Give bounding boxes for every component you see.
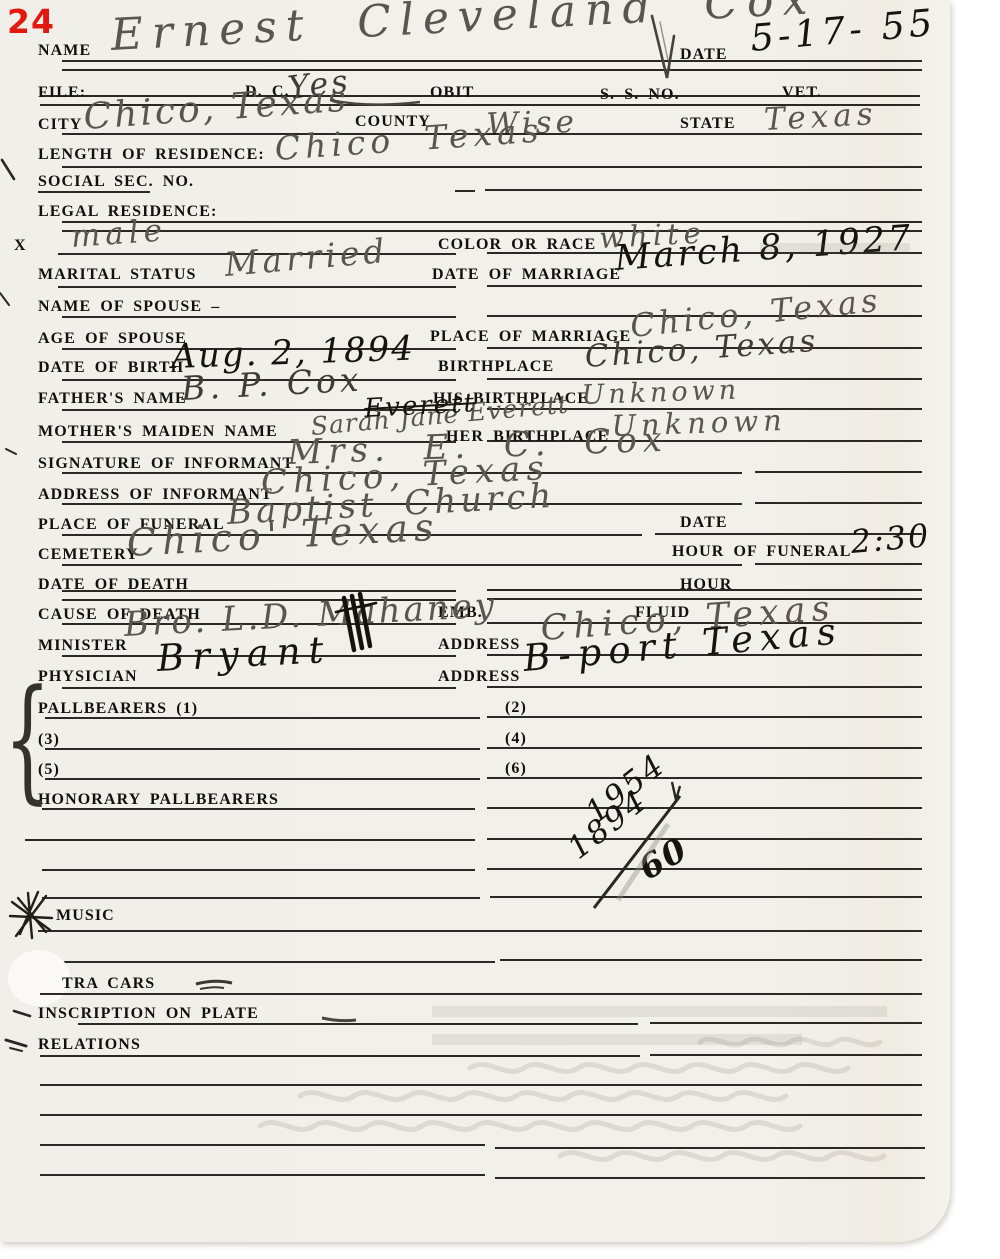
rule-line (495, 1177, 925, 1179)
rule-line (755, 563, 922, 565)
rule-line (487, 747, 922, 749)
rule-line (42, 897, 480, 899)
rule-line (40, 1174, 485, 1176)
rule-line (42, 869, 475, 871)
field-label-extra-cars: TRA CARS (62, 975, 155, 993)
field-label-pallbearers-2: (2) (505, 699, 527, 717)
rule-line (62, 564, 742, 566)
state-value-handwriting: Texas (763, 99, 878, 136)
hole-punch-blob (8, 950, 70, 1006)
rule-line (40, 1144, 485, 1146)
field-label-pallbearers-4: (4) (505, 730, 527, 748)
field-label-mothers-maiden-name: MOTHER'S MAIDEN NAME (38, 423, 278, 441)
rule-line (45, 748, 480, 750)
marital-status-value-handwriting: Married (223, 234, 389, 281)
rule-line (45, 717, 480, 719)
field-label-minister-address: ADDRESS (438, 636, 520, 654)
field-label-cemetery: CEMETERY (38, 546, 139, 564)
field-label-signature-of-informant: SIGNATURE OF INFORMANT (38, 455, 294, 473)
rule-line (650, 1022, 922, 1024)
bleed-through-marks (260, 1039, 884, 1159)
rule-line (40, 1114, 922, 1116)
field-label-minister: MINISTER (38, 637, 128, 655)
rule-line (40, 1055, 640, 1057)
rule-line (62, 687, 456, 689)
field-label-pallbearers-6: (6) (505, 760, 527, 778)
rule-line (487, 838, 922, 840)
field-label-marital-status: MARITAL STATUS (38, 266, 197, 284)
rule-line (40, 993, 922, 995)
funeral-record-card: 24 NAME Ernest Cleveland Cox DATE 5-17- … (0, 0, 950, 1242)
rule-line (487, 686, 922, 688)
field-label-fathers-name: FATHER'S NAME (38, 390, 187, 408)
rule-line (62, 166, 922, 168)
rule-line (455, 190, 475, 192)
rule-line (62, 60, 922, 71)
rule-line (487, 807, 922, 809)
rule-line (650, 1054, 922, 1056)
rule-line (487, 868, 922, 870)
field-label-state: STATE (680, 115, 736, 133)
field-label-inscription-on-plate: INSCRIPTION ON PLATE (38, 1005, 259, 1023)
field-label-music: MUSIC (56, 907, 115, 925)
dash-after-cars (196, 981, 232, 989)
field-label-physician: PHYSICIAN (38, 668, 138, 686)
rule-line (45, 778, 480, 780)
rule-line (58, 286, 456, 288)
dash-after-plate (322, 1018, 356, 1021)
rule-line (25, 961, 495, 963)
sex-value-handwriting: male (70, 215, 168, 253)
field-label-social-sec-no: SOCIAL SEC. NO. (38, 173, 194, 191)
mothers-maiden-name-overwrite-handwriting: Everett (364, 390, 477, 422)
rule-line (40, 1084, 922, 1086)
field-label-birthplace: BIRTHPLACE (438, 358, 554, 376)
left-edge-ticks (0, 160, 30, 1051)
field-label-name-of-spouse: NAME OF SPOUSE – (38, 298, 220, 316)
his-birthplace-value-handwriting: Unknown (581, 376, 741, 409)
rule-line (487, 777, 922, 779)
rule-line (495, 1147, 925, 1149)
rule-line (38, 191, 150, 193)
rule-line (25, 839, 475, 841)
rule-line (42, 808, 475, 810)
field-label-funeral-date: DATE (680, 514, 728, 532)
rule-line (500, 959, 922, 961)
field-label-sex: X (14, 237, 27, 255)
rule-line (38, 930, 922, 932)
field-label-pallbearers-1: PALLBEARERS (1) (38, 700, 198, 718)
field-label-city: CITY (38, 116, 82, 134)
field-label-physician-address: ADDRESS (438, 668, 520, 686)
field-label-honorary-pallbearers: HONORARY PALLBEARERS (38, 791, 279, 809)
rule-line (490, 896, 922, 898)
margin-brace-mark: { (4, 672, 51, 806)
physician-value-handwriting: Bryant (156, 631, 332, 677)
page-number-stamp: 24 (7, 2, 55, 41)
field-label-date-of-birth: DATE OF BIRTH (38, 359, 184, 377)
field-label-date-of-marriage: DATE OF MARRIAGE (432, 266, 621, 284)
field-label-age-of-spouse: AGE OF SPOUSE (38, 330, 187, 348)
field-label-length-of-residence: LENGTH OF RESIDENCE: (38, 146, 265, 164)
hour-of-funeral-value-handwriting: 2:30 (849, 519, 931, 558)
rule-line (755, 471, 922, 473)
rule-line (78, 1023, 638, 1025)
field-label-relations: RELATIONS (38, 1036, 141, 1054)
rule-line (755, 502, 922, 504)
rule-line (62, 316, 456, 318)
rule-line (487, 716, 922, 718)
calc-check-mark (672, 782, 680, 800)
field-label-hour-of-funeral: HOUR OF FUNERAL (672, 543, 851, 561)
fathers-name-value-handwriting: B. P. Cox (180, 363, 363, 405)
field-label-name: NAME (38, 42, 91, 60)
rule-line (485, 189, 922, 191)
